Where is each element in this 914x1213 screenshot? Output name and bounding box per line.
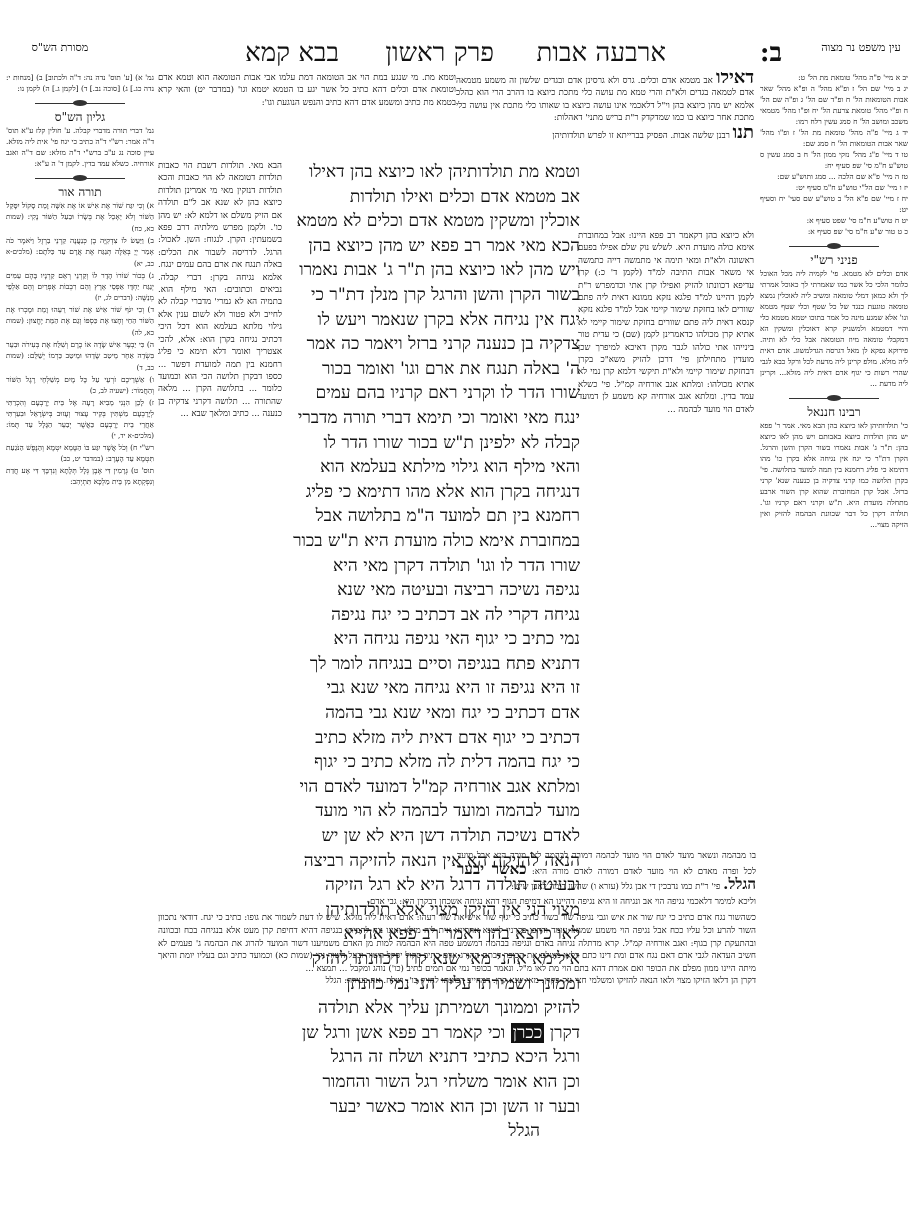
gemara-line: נמי כתיב כי יגוף האי נגיפה נגיחה היא — [285, 627, 580, 652]
gemara-line: להזיק וממונך ושמירתן עליך אלא תולדה — [285, 996, 580, 1021]
gemara-line-highlighted: דקרן ככרן וכי קאמר רב פפא אשן ורגל שן — [285, 1021, 580, 1046]
torah-or-entry: ד) וְכִי יִגֹּף שׁוֹר אִישׁ אֶת שׁוֹר רֵ… — [6, 304, 154, 339]
gilyon-title: גליון הש"ס — [6, 112, 154, 123]
ein-mishpat-entry: יז ו מיי' שם הל"י טוש"ע ח"מ סעיף יט: — [760, 182, 908, 193]
gemara-line: אב מטמא אדם וכלים ואילו תולדות — [285, 185, 580, 210]
gemara-line: ורגל היכא כתיבי דתניא ושלח זה הרגל — [285, 1045, 580, 1070]
gemara-line: רחמנא בין תם למועד ה"מ בתלושה אבל — [285, 504, 580, 529]
perek-title: פרק ראשון — [385, 38, 494, 68]
ein-mishpat-entry: יג ב מיי' שם הל' ז ופ"א מהל' ה ופ"א מהל'… — [760, 83, 908, 127]
gemara-line: שורו הדר לו וגו' תולדה דקרן מאי היא — [285, 554, 580, 579]
gemara-line: ובער זו השן וכן הוא אומר כאשר יבער — [285, 1095, 580, 1120]
tosafot-top: וטמא מת. מי שנגע במת הוי אב הטומאה דמת ע… — [158, 72, 456, 158]
tanu-word: תנו — [733, 122, 754, 143]
gemara-text: וטמא מת תולדותיהן לאו כיוצא בהן דאילו אב… — [285, 160, 580, 1144]
ein-mishpat-column: יב א מיי' פ"ה מהל' טומאת מת הל' ט: יג ב … — [760, 72, 908, 530]
tosafot-column: הבא מאי. תולדות דשבת הוי כאבות תולדות דט… — [158, 160, 282, 850]
gemara-line: כי יגח בהמה דלית לה מזלא כתיב כי יגוף — [285, 750, 580, 775]
gemara-line: דנגיחה בקרן הוא אלא מהו דתימא כי פליג — [285, 480, 580, 505]
penei-rashi-title: פניני רש"י — [760, 255, 908, 266]
gemara-line: אדם דכתיב כי יגח ומאי שנא גבי בהמה — [285, 701, 580, 726]
gemara-line: קבלה לא ילפינן ת"ש בכור שורו הדר לו — [285, 431, 580, 456]
gemara-line: אוכלין ומשקין מטמא אדם וכלים לא מטמא — [285, 209, 580, 234]
rashi-tail: בו מבהמה ונשאר מועד לאדם הוי מועד לבהמה … — [457, 850, 756, 894]
ornament-divider-icon — [35, 100, 125, 106]
masoret-column: גמ' א) [ע' תוס' נדה נה: ד"ה ולכתוב] ב) [… — [6, 72, 154, 488]
gilyon-text: גמ' דברי תורה מדברי קבלה. ע' חולין קלז ע… — [6, 125, 154, 169]
gemara-line: הכא מאי אמר רב פפא יש מהן כיוצא בהן — [285, 234, 580, 259]
gemara-line: מועד לבהמה ומועד לבהמה לא הוי מועד — [285, 799, 580, 824]
ein-mishpat-entry: יד ג מיי' פ"ה מהל' טומאת מת הל' ז ופ"ו מ… — [760, 127, 908, 149]
ein-mishpat-entry: יב א מיי' פ"ה מהל' טומאת מת הל' ט: — [760, 72, 908, 83]
gemara-line: וטמא מת תולדותיהן לאו כיוצא בהן דאילו — [285, 160, 580, 185]
torah-or-entry: רש"י ח) וְכֹל אֲשֶׁר יִגַּע בּוֹ הַטָּמֵ… — [6, 442, 154, 465]
gemara-line: ה' באלה תנגח את ארם וגו' ואומר בכור — [285, 357, 580, 382]
talmud-page: עין משפט נר מצוה ב: ארבעה אבות פרק ראשון… — [0, 0, 914, 1213]
gemara-line: בשור הקרן והשן והרגל קרן מנלן דת"ר כי — [285, 283, 580, 308]
torah-or-entry: ו) אַשְׁרֵיכֶם זֹרְעֵי עַל כָּל מָיִם מְ… — [6, 374, 154, 397]
gemara-line: נגיפה נשיכה רביצה ובעיטה מאי שנא — [285, 578, 580, 603]
gemara-line: יגח אין נגיחה אלא בקרן שנאמר ויעש לו — [285, 308, 580, 333]
rabbeinu-chananel-title: רבינו חננאל — [760, 407, 908, 418]
daf-number: ב: — [760, 38, 782, 68]
gemara-line: שורו הדר לו וקרני ראם קרניו בהם עמים — [285, 381, 580, 406]
tosafot-tail: וליכא למימר דלאכמי נגיפה הוי אב ונגיחה ז… — [158, 896, 756, 909]
gemara-line: במחוברת אימא כולה מועדת היא ת"ש בכור — [285, 529, 580, 554]
torah-or-entry: ה) כִּי יַבְעֶר אִישׁ שָׂדֶה אוֹ כֶרֶם ו… — [6, 339, 154, 374]
rashi-opening-word: דאילו — [716, 72, 754, 88]
ein-mishpat-entry: כ ט טור ש"ע ח"מ סי' שפ סעיף א: — [760, 226, 908, 237]
gemara-line: לאדם נשיכה תולדה דשן היא לא שן יש — [285, 824, 580, 849]
ein-mishpat-title: עין משפט נר מצוה — [818, 40, 904, 55]
gemara-line: ומלתא אגב אורחיה קמ"ל דמועד לאדם הוי — [285, 775, 580, 800]
gemara-line: נגיחה דקרי לה אב דכתיב כי יגח נגיפה — [285, 603, 580, 628]
chapter-title: ארבעה אבות — [537, 38, 666, 68]
torah-or-title: תורה אור — [6, 187, 154, 198]
gemara-line: זו היא נגיפה זו היא נגיחה מאי שנא גבי — [285, 676, 580, 701]
ornament-divider-icon — [789, 243, 879, 249]
torah-or-entry: ב) וַיַּעַשׂ לוֹ צִדְקִיָּה בֶן כְּנַעֲנ… — [6, 235, 154, 270]
gemara-line: דכתיב כי יגוף אדם דאית ליה מזלא כתיב — [285, 726, 580, 751]
gemara-line: והאי מילף הוא גילוי מילתא בעלמא הוא — [285, 455, 580, 480]
rashi-column: ולא כיוצא בהן דקאמר רב פפא היינו: אבל במ… — [578, 230, 754, 850]
tractate-title: בבא קמא — [245, 38, 339, 68]
masoret-title: מסורת הש"ס — [10, 40, 110, 55]
ein-mishpat-entry: יט ח טוש"ע ח"מ סי' שפט סעיף א: — [760, 215, 908, 226]
torah-or-entry: ג) בְּכוֹר שׁוֹרוֹ הָדָר לוֹ וְקַרְנֵי ר… — [6, 270, 154, 304]
bottom-commentary: בו מבהמה ונשאר מועד לאדם הוי מועד לבהמה … — [158, 850, 756, 988]
torah-or-entry: תוס' ט) גְּרָמִין דִּי אֶבֶן גְּלָל תְּל… — [6, 465, 154, 488]
gemara-line: ויש מהן לאו כיוצא בהן ת"ר ג' אבות נאמרו — [285, 258, 580, 283]
ornament-divider-icon — [35, 175, 125, 181]
rashi-top: דאילו אב מטמא אדם וכלים. גרס ולא גרסינן … — [456, 72, 754, 158]
bottom-last-text: דקרן הן דלאו הזיקו מצוי ולאו הנאה להזיקו… — [158, 975, 756, 988]
gemara-line: דתניא פתח בנגיפה וסיים בנגיחה לומר לך — [285, 652, 580, 677]
bottom-main-text: כשהשור נגח אדם כתיב כי יגח שור את איש וג… — [158, 912, 756, 975]
ein-mishpat-entry: יח ז מיי' שם פ"א הל' ב טוש"ע שם סעי' יח … — [760, 193, 908, 215]
masoret-entries: גמ' א) [ע' תוס' נדה נה: ד"ה ולכתוב] ב) [… — [6, 72, 154, 94]
torah-or-entry: ז) לָכֵן הִנְנִי מֵבִיא רָעָה אֶל בֵּית … — [6, 397, 154, 442]
penei-rashi-text: אדם וכלים לא מטמא. פי' לקמיה ליה מכל האו… — [760, 268, 908, 389]
gemara-line: צדקיה בן כנענה קרני ברזל ויאמר כה אמר — [285, 332, 580, 357]
gemara-line: וכן הוא אומר משלחי רגל השור והחמור — [285, 1070, 580, 1095]
ornament-divider-icon — [789, 395, 879, 401]
highlighted-word[interactable]: ככרן — [511, 1023, 545, 1043]
gemara-line: הגלל — [285, 1119, 580, 1144]
ein-mishpat-entry: טו ד מיי' פ"ג מהל' נזקי ממון הל' ח ב סמג… — [760, 149, 908, 171]
rabbeinu-chananel-text: כי' תולדותיהן לאו כיוצא בהן הבא מאי. אמר… — [760, 420, 908, 530]
ein-mishpat-entry: טז ה מיי' פ"א שם הלכה ... סמג ותוש"ע שם: — [760, 171, 908, 182]
gemara-line: ינגח מאי ואומר וכי תימא דברי תורה מדברי — [285, 406, 580, 431]
torah-or-entry: א) וְכִי יִגַּח שׁוֹר אֶת אִישׁ אוֹ אֶת … — [6, 200, 154, 235]
